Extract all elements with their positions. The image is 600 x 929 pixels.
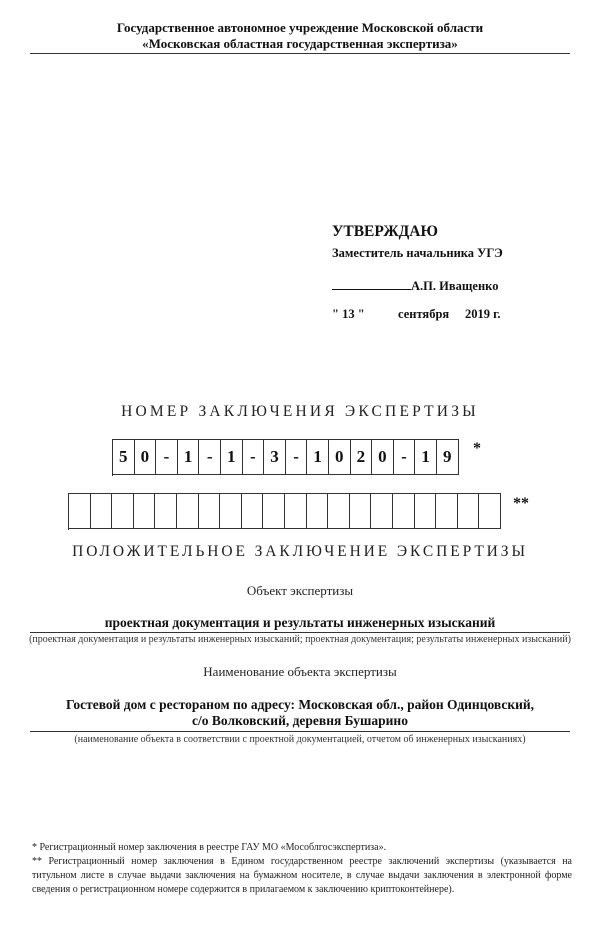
registry-number-cell [199, 493, 221, 529]
footnotes: * Регистрационный номер заключения в рее… [32, 841, 572, 897]
registry-number-cell [436, 493, 458, 529]
approval-date: " 13 " сентября 2019 г. [332, 307, 532, 323]
registry-number-cell [134, 493, 156, 529]
signatory-name: А.П. Иващенко [411, 279, 498, 293]
header-divider [30, 53, 570, 54]
conclusion-number-cell: - [199, 439, 221, 475]
registry-number-cell [112, 493, 134, 529]
conclusion-number-cell: 0 [329, 439, 351, 475]
date-year: 2019 г. [465, 307, 501, 322]
registry-number-cells [68, 493, 501, 530]
conclusion-number-cell: 9 [437, 439, 459, 475]
conclusion-number-cell: 0 [135, 439, 157, 475]
object-name-caption: (наименование объекта в соответствии с п… [0, 734, 600, 745]
organization-name-line2: «Московская областная государственная эк… [0, 36, 600, 52]
registry-number-cell [350, 493, 372, 529]
expertise-object-label: Объект экспертизы [0, 583, 600, 599]
registry-number-cell [479, 493, 501, 529]
conclusion-number-cell: 0 [372, 439, 394, 475]
registry-number-cell [263, 493, 285, 529]
footnote-1: * Регистрационный номер заключения в рее… [32, 841, 572, 855]
conclusion-number-cell: 3 [264, 439, 286, 475]
registry-number-cell [91, 493, 113, 529]
date-day: " 13 " [332, 307, 365, 322]
approval-title: УТВЕРЖДАЮ [332, 223, 438, 241]
conclusion-number-cell: 5 [113, 439, 135, 475]
registry-number-cell [458, 493, 480, 529]
registry-number-cell [155, 493, 177, 529]
conclusion-number-heading: НОМЕР ЗАКЛЮЧЕНИЯ ЭКСПЕРТИЗЫ [0, 403, 600, 421]
expertise-object-underline [30, 632, 570, 633]
registry-number-cell [393, 493, 415, 529]
conclusion-number-cell: - [243, 439, 265, 475]
object-name-value-line2: с/о Волковский, деревня Бушарино [0, 712, 600, 730]
conclusion-number-cells: 50-1-1-3-1020-19 [112, 439, 459, 476]
object-name-underline [30, 731, 570, 732]
registry-number-cell [415, 493, 437, 529]
conclusion-number-cell: - [156, 439, 178, 475]
conclusion-number-cell: 1 [307, 439, 329, 475]
expertise-object-value: проектная документация и результаты инже… [0, 614, 600, 632]
registry-number-cell [69, 493, 91, 529]
conclusion-number-cell: 1 [221, 439, 243, 475]
conclusion-number-footnote-marker: * [473, 440, 481, 458]
registry-number-cell [285, 493, 307, 529]
conclusion-number-cell: - [394, 439, 416, 475]
approval-signature: А.П. Иващенко [332, 277, 498, 294]
conclusion-number-cell: - [286, 439, 308, 475]
conclusion-number-cell: 1 [178, 439, 200, 475]
footnote-2: ** Регистрационный номер заключения в Ед… [32, 855, 572, 897]
expertise-object-caption: (проектная документация и результаты инж… [0, 634, 600, 645]
approval-position: Заместитель начальника УГЭ [332, 246, 503, 261]
registry-number-cell [371, 493, 393, 529]
organization-name-line1: Государственное автономное учреждение Мо… [0, 20, 600, 36]
registry-number-cell [220, 493, 242, 529]
conclusion-number-cell: 1 [415, 439, 437, 475]
object-name-label: Наименование объекта экспертизы [0, 664, 600, 680]
registry-number-cell [242, 493, 264, 529]
conclusion-type: ПОЛОЖИТЕЛЬНОЕ ЗАКЛЮЧЕНИЕ ЭКСПЕРТИЗЫ [0, 543, 600, 561]
registry-number-cell [307, 493, 329, 529]
conclusion-number-cell: 2 [351, 439, 373, 475]
registry-number-cell [177, 493, 199, 529]
registry-number-footnote-marker: ** [513, 495, 529, 513]
registry-number-cell [328, 493, 350, 529]
date-month: сентября [398, 307, 449, 322]
signature-line [332, 277, 411, 290]
